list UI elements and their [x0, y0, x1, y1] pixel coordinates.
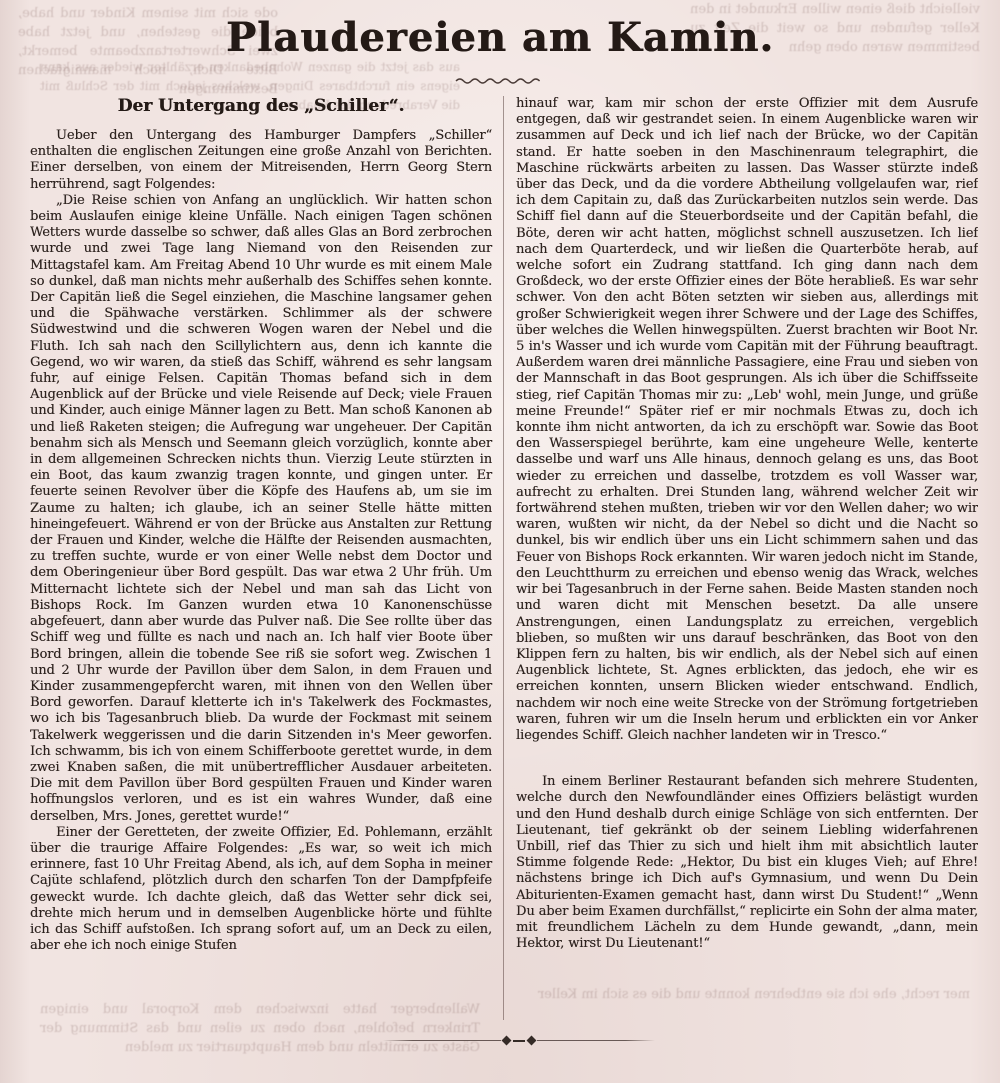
page-title: Plaudereien am Kamin. [0, 14, 1000, 61]
article-heading: Der Untergang des „Schiller“. [30, 96, 492, 116]
diamond-ornament-icon [502, 1036, 512, 1046]
paragraph: In einem Berliner Restaurant befanden si… [516, 774, 978, 952]
paragraph: Ueber den Untergang des Hamburger Dampfe… [30, 128, 492, 193]
wavy-rule-divider [0, 71, 1000, 90]
paragraph: hinauf war, kam mir schon der erste Offi… [516, 96, 978, 744]
paragraph: Einer der Geretteten, der zweite Offizie… [30, 825, 492, 955]
left-column: Der Untergang des „Schiller“. Ueber den … [30, 96, 504, 1020]
newspaper-page: { "page": { "title": "Plaudereien am Kam… [0, 0, 1000, 1083]
rule-line-left [383, 1040, 501, 1041]
rule-dash [513, 1040, 525, 1042]
wavy-line-icon [454, 76, 546, 86]
article-body: Der Untergang des „Schiller“. Ueber den … [30, 96, 978, 1020]
right-column: hinauf war, kam mir schon der erste Offi… [504, 96, 978, 1020]
left-column-paragraphs: Ueber den Untergang des Hamburger Dampfe… [30, 128, 492, 954]
bottom-rule-divider [383, 1036, 655, 1045]
rule-line-right [537, 1040, 655, 1041]
masthead: Plaudereien am Kamin. [0, 14, 1000, 90]
right-column-paragraphs: hinauf war, kam mir schon der erste Offi… [516, 96, 978, 952]
paragraph: „Die Reise schien von Anfang an unglückl… [30, 193, 492, 825]
diamond-ornament-icon [527, 1036, 537, 1046]
